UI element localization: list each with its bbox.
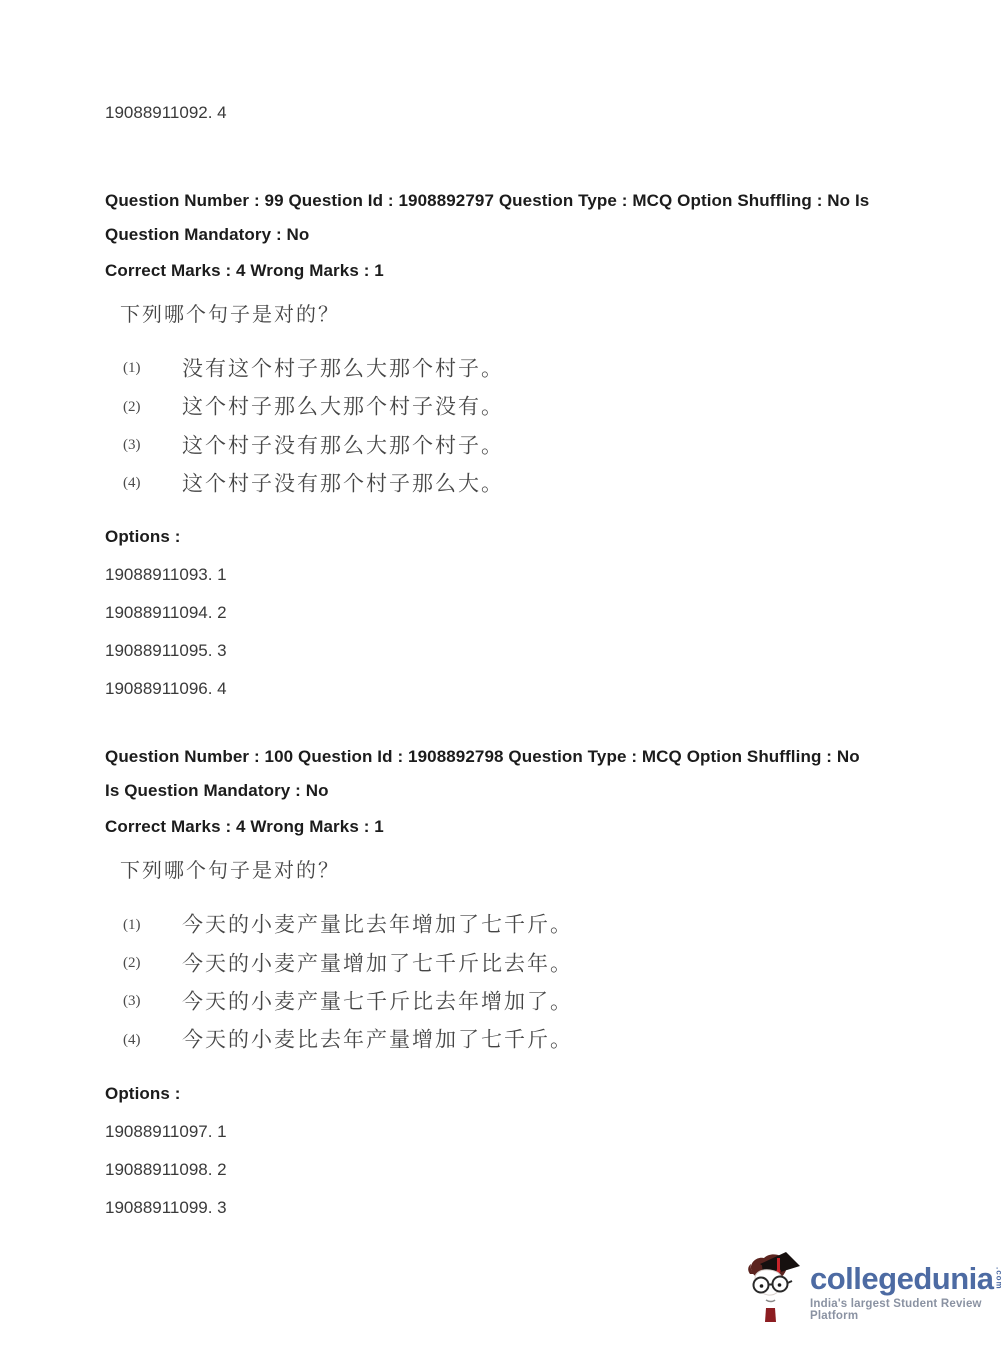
- question-header-line: Is Question Mandatory : No: [105, 780, 935, 801]
- question-header-line: Question Mandatory : No: [105, 224, 935, 245]
- choice-number: (2): [123, 394, 182, 420]
- collegedunia-mascot-icon: [742, 1250, 804, 1324]
- choice-text: 这个村子没有那个村子那么大。: [182, 471, 504, 495]
- brand-domain-suffix: .com: [994, 1267, 1001, 1290]
- choice-number: (2): [123, 950, 182, 976]
- question-header-line: Question Number : 99 Question Id : 19088…: [105, 190, 935, 211]
- scanned-question-image: 下列哪个句子是对的？ (1)没有这个村子那么大那个村子。 (2)这个村子那么大那…: [105, 302, 935, 496]
- answer-option-id: 19088911092. 4: [105, 103, 935, 123]
- options-label: Options :: [105, 526, 935, 547]
- answer-option-id: 19088911094. 2: [105, 603, 935, 623]
- options-label: Options :: [105, 1083, 935, 1104]
- brand-text-block: collegedunia .com India's largest Studen…: [810, 1250, 1001, 1322]
- brand-tagline: India's largest Student Review Platform: [810, 1298, 1001, 1322]
- answer-option-id: 19088911096. 4: [105, 679, 935, 699]
- choice-row: (2)今天的小麦产量增加了七千斤比去年。: [105, 950, 935, 976]
- scanned-question-image: 下列哪个句子是对的？ (1)今天的小麦产量比去年增加了七千斤。 (2)今天的小麦…: [105, 858, 935, 1052]
- choice-number: (3): [123, 432, 182, 458]
- answer-option-id: 19088911099. 3: [105, 1198, 935, 1218]
- choice-number: (4): [123, 1027, 182, 1053]
- choice-row: (3)今天的小麦产量七千斤比去年增加了。: [105, 988, 935, 1014]
- question-prompt: 下列哪个句子是对的？: [105, 302, 935, 329]
- choice-number: (4): [123, 470, 182, 496]
- choice-text: 今天的小麦产量比去年增加了七千斤。: [182, 913, 573, 937]
- choice-text: 今天的小麦产量七千斤比去年增加了。: [182, 989, 573, 1013]
- choice-text: 今天的小麦比去年产量增加了七千斤。: [182, 1028, 573, 1052]
- choice-row: (3)这个村子没有那么大那个村子。: [105, 432, 935, 458]
- choice-text: 今天的小麦产量增加了七千斤比去年。: [182, 951, 573, 975]
- answer-option-id: 19088911095. 3: [105, 641, 935, 661]
- marks-line: Correct Marks : 4 Wrong Marks : 1: [105, 260, 935, 281]
- choice-row: (1)没有这个村子那么大那个村子。: [105, 355, 935, 381]
- brand-wordmark: collegedunia: [810, 1264, 993, 1294]
- question-100: Question Number : 100 Question Id : 1908…: [105, 746, 935, 1217]
- choice-number: (1): [123, 355, 182, 381]
- exam-document-content: 19088911092. 4 Question Number : 99 Ques…: [105, 103, 935, 1236]
- collegedunia-logo: collegedunia .com India's largest Studen…: [742, 1250, 1001, 1324]
- choice-row: (4)这个村子没有那个村子那么大。: [105, 470, 935, 496]
- marks-line: Correct Marks : 4 Wrong Marks : 1: [105, 816, 935, 837]
- answer-option-id: 19088911093. 1: [105, 565, 935, 585]
- question-99: Question Number : 99 Question Id : 19088…: [105, 190, 935, 699]
- question-header-line: Question Number : 100 Question Id : 1908…: [105, 746, 935, 767]
- question-prompt: 下列哪个句子是对的？: [105, 858, 935, 885]
- choice-number: (3): [123, 988, 182, 1014]
- choice-row: (1)今天的小麦产量比去年增加了七千斤。: [105, 911, 935, 937]
- choice-text: 这个村子没有那么大那个村子。: [182, 433, 504, 457]
- choice-number: (1): [123, 912, 182, 938]
- choice-row: (2)这个村子那么大那个村子没有。: [105, 393, 935, 419]
- answer-option-id: 19088911098. 2: [105, 1160, 935, 1180]
- answer-option-id: 19088911097. 1: [105, 1122, 935, 1142]
- choice-row: (4)今天的小麦比去年产量增加了七千斤。: [105, 1026, 935, 1052]
- choice-text: 没有这个村子那么大那个村子。: [182, 356, 504, 380]
- choice-text: 这个村子那么大那个村子没有。: [182, 395, 504, 419]
